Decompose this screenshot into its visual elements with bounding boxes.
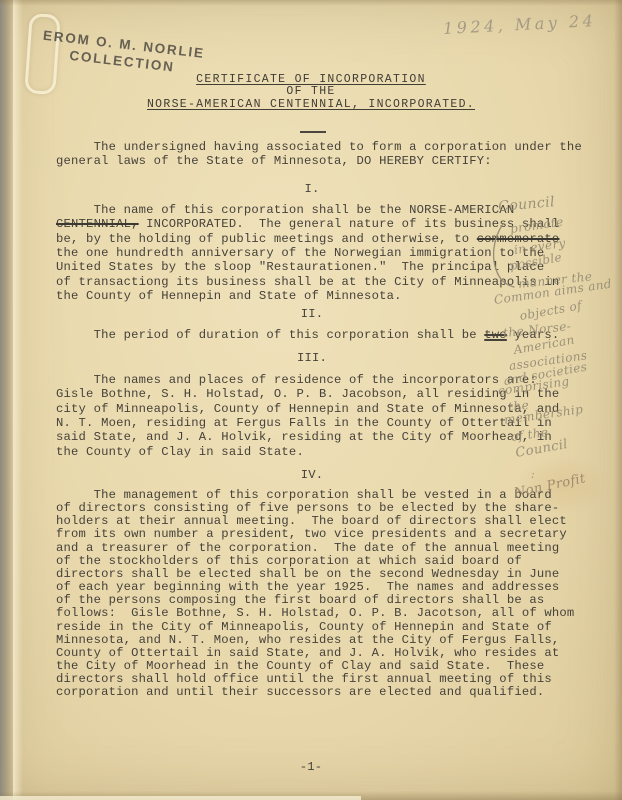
- document-text-line: The period of duration of this corporati…: [56, 328, 568, 342]
- document-text-line: be, by the holding of public meetings an…: [56, 232, 568, 246]
- typed-text: holders at their annual meeting. The boa…: [56, 514, 567, 528]
- collection-stamp: EROM O. M. NORLIE COLLECTION: [34, 26, 212, 80]
- section-heading: I.: [56, 182, 568, 196]
- typed-text: The period of duration of this corporati…: [56, 328, 484, 342]
- paper-edge-bottom-light: [0, 796, 361, 800]
- typed-text: directors shall hold office until the fi…: [56, 672, 552, 686]
- typed-text: Minnesota, and N. T. Moen, who resides a…: [56, 633, 559, 647]
- separator-dash: [300, 131, 326, 133]
- paragraph: The period of duration of this corporati…: [56, 328, 568, 342]
- document-text-line: CENTENNIAL, INCORPORATED. The general na…: [56, 217, 568, 231]
- document-page: EROM O. M. NORLIE COLLECTION 1924, May 2…: [0, 0, 622, 800]
- typed-text: city of Minneapolis, County of Hennepin …: [56, 402, 559, 416]
- struck-text: CENTENNIAL,: [56, 217, 139, 231]
- typed-text: The undersigned having associated to for…: [56, 140, 582, 154]
- typed-text: follows: Gisle Bothne, S. H. Holstad, O.…: [56, 606, 574, 620]
- typed-text: INCORPORATED. The general nature of its …: [139, 217, 560, 231]
- document-text-line: N. T. Moen, residing at Fergus Falls in …: [56, 416, 568, 430]
- document-text-line: city of Minneapolis, County of Hennepin …: [56, 402, 568, 416]
- typed-text: The names and places of residence of the…: [56, 373, 537, 387]
- typed-text: corporation and until their successors a…: [56, 685, 544, 699]
- page-number: -1-: [0, 760, 622, 774]
- paragraph: The names and places of residence of the…: [56, 373, 568, 459]
- typed-text: of the stockholders of this corporation …: [56, 554, 522, 568]
- document-text-line: the one hundredth anniversary of the Nor…: [56, 246, 568, 260]
- document-text-line: of transactiong its business shall be at…: [56, 275, 568, 289]
- typed-text: of each year beginning with the year 192…: [56, 580, 559, 594]
- scan-edge-top: [0, 0, 622, 6]
- document-text-line: The undersigned having associated to for…: [56, 140, 568, 154]
- typed-text: the County of Clay in said State.: [56, 445, 304, 459]
- document-text-line: United States by the sloop "Restauration…: [56, 260, 568, 274]
- document-text-line: the County of Clay in said State.: [56, 445, 568, 459]
- typed-text: and a treasurer of the corporation. The …: [56, 541, 559, 555]
- typed-text: the one hundredth anniversary of the Nor…: [56, 246, 544, 260]
- title-line: NORSE-AMERICAN CENTENNIAL, INCORPORATED.: [0, 99, 622, 111]
- paragraph: The management of this corporation shall…: [56, 489, 568, 700]
- typed-text: The management of this corporation shall…: [56, 488, 552, 502]
- section-heading: III.: [56, 351, 568, 365]
- document-text-line: general laws of the State of Minnesota, …: [56, 154, 568, 168]
- typed-text: general laws of the State of Minnesota, …: [56, 154, 492, 168]
- typed-text: of the persons composing the first board…: [56, 593, 544, 607]
- handwritten-date: 1924, May 24: [443, 11, 597, 38]
- typed-text: directors shall be elected shall be on t…: [56, 567, 559, 581]
- typed-text: N. T. Moen, residing at Fergus Falls in …: [56, 416, 552, 430]
- paragraph: The undersigned having associated to for…: [56, 140, 568, 169]
- typed-text: United States by the sloop "Restauration…: [56, 260, 544, 274]
- typed-text: be, by the holding of public meetings an…: [56, 232, 477, 246]
- handwritten-margin-note: :: [531, 468, 535, 481]
- typed-text: Gisle Bothne, S. H. Holstad, O. P. B. Ja…: [56, 387, 559, 401]
- document-text-line: corporation and until their successors a…: [56, 686, 568, 699]
- scan-edge-right: [614, 0, 622, 800]
- typed-text: of directors consisting of five persons …: [56, 501, 559, 515]
- typed-text: County of Ottertail in said State, and J…: [56, 646, 559, 660]
- typed-text: The name of this corporation shall be th…: [56, 203, 514, 217]
- document-text-line: said State, and J. A. Holvik, residing a…: [56, 430, 568, 444]
- section-heading: IV.: [56, 468, 568, 482]
- typed-text: of transactiong its business shall be at…: [56, 275, 559, 289]
- document-text-line: Gisle Bothne, S. H. Holstad, O. P. B. Ja…: [56, 387, 568, 401]
- typed-text: the County of Hennepin and State of Minn…: [56, 289, 402, 303]
- document-text-line: the County of Hennepin and State of Minn…: [56, 289, 568, 303]
- document-title: CERTIFICATE OF INCORPORATIONOF THENORSE-…: [0, 74, 622, 111]
- typed-text: reside in the City of Minneapolis, Count…: [56, 620, 552, 634]
- title-line: OF THE: [0, 86, 622, 98]
- scan-edge-left: [0, 0, 14, 800]
- document-text-line: The names and places of residence of the…: [56, 373, 568, 387]
- document-text-line: The name of this corporation shall be th…: [56, 203, 568, 217]
- paper-edge-highlight: [13, 0, 23, 800]
- typed-text: from its own number a president, two vic…: [56, 527, 567, 541]
- section-heading: II.: [56, 307, 568, 321]
- paragraph: The name of this corporation shall be th…: [56, 203, 568, 303]
- typed-text: the City of Moorhead in the County of Cl…: [56, 659, 544, 673]
- typed-text: said State, and J. A. Holvik, residing a…: [56, 430, 552, 444]
